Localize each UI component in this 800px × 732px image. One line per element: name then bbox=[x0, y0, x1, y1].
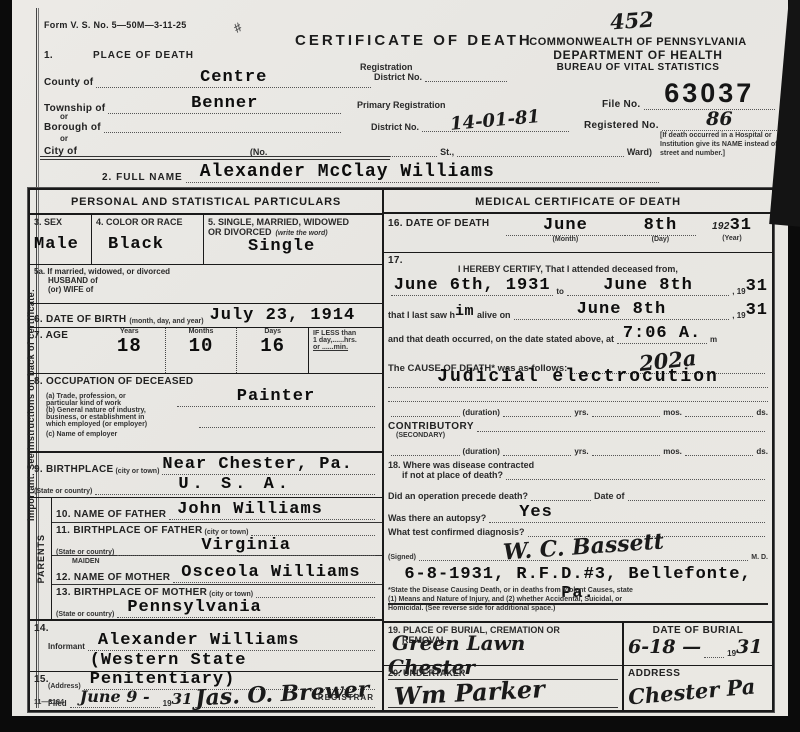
medical-certificate-column: MEDICAL CERTIFICATE OF DEATH 16. DATE OF… bbox=[384, 190, 772, 710]
lastsaw-label-b: alive on bbox=[477, 310, 511, 320]
burial-date-script: 6-18 — bbox=[628, 636, 701, 658]
borough-label: Borough of bbox=[44, 122, 101, 133]
informant-label: Informant bbox=[48, 642, 85, 651]
lastsaw-label-a: that I last saw h bbox=[388, 310, 455, 320]
parents-label-text: PARENTS bbox=[36, 534, 46, 583]
birthplace-state-value: U. S. A. bbox=[178, 475, 292, 494]
dod-year-prefix: 192 bbox=[712, 221, 730, 232]
dod-day-sub: (Day) bbox=[625, 236, 696, 243]
item18-line1: 18. Where was disease contracted bbox=[388, 460, 768, 470]
dod-label: 16. DATE OF DEATH bbox=[388, 216, 506, 250]
certify-line1: I HEREBY CERTIFY, That I attended deceas… bbox=[458, 264, 768, 274]
form-number: Form V. S. No. 5—50M—3-11-25 bbox=[44, 20, 187, 30]
father-value: John Williams bbox=[177, 500, 323, 519]
undertaker-signature: Wm Parker bbox=[393, 674, 545, 711]
dod-year: 19231 (Year) bbox=[696, 216, 768, 250]
certificate-paper: Important. See Instructions on back of c… bbox=[12, 0, 788, 716]
sex-label: 3. SEX bbox=[34, 217, 87, 227]
death-time-suffix: m bbox=[710, 335, 717, 344]
township-label: Township of bbox=[44, 103, 105, 114]
informant-value: Alexander Williams bbox=[98, 631, 300, 650]
place-of-death-label: PLACE OF DEATH bbox=[93, 50, 194, 61]
township-value: Benner bbox=[191, 94, 258, 113]
item5a-line3: (or) WIFE of bbox=[48, 285, 378, 294]
registrar-label: REGISTRAR bbox=[318, 693, 374, 702]
age-less-line2: 1 day,......hrs. bbox=[313, 337, 378, 344]
footnote-line2: (1) Means and Nature of Injury, and (2) … bbox=[388, 596, 768, 605]
age-row: 7. AGE Years 18 Months 10 Days 16 IF LES… bbox=[30, 327, 382, 373]
marital-field: 5. SINGLE, MARRIED, WIDOWED OR DIVORCED … bbox=[204, 215, 382, 264]
age-less-field: IF LESS than 1 day,......hrs. or ......m… bbox=[308, 328, 382, 373]
personal-particulars-column: PERSONAL AND STATISTICAL PARTICULARS 3. … bbox=[30, 190, 384, 710]
date-of-death-field: 16. DATE OF DEATH June (Month) 8th (Day)… bbox=[384, 214, 772, 253]
dob-value: July 23, 1914 bbox=[210, 306, 356, 325]
undertaker-address-field: ADDRESS Chester Pa bbox=[624, 666, 772, 710]
dod-year-value: 31 bbox=[730, 216, 752, 235]
age-less-line1: IF LESS than bbox=[313, 330, 378, 337]
form-footer-code: 11—3184 bbox=[34, 699, 64, 706]
certify-from-value: June 6th, 1931 bbox=[394, 276, 551, 295]
father-bp-state-label: (State or country) bbox=[56, 549, 114, 556]
color-race-label: 4. COLOR OR RACE bbox=[96, 217, 199, 227]
age-days-field: Days 16 bbox=[237, 328, 308, 373]
parents-block: PARENTS 10. NAME OF FATHER John Williams… bbox=[30, 497, 382, 619]
filed-year-script: 31 bbox=[172, 690, 193, 708]
dod-day-value: 8th bbox=[644, 216, 678, 235]
filed-date-script: June 9 - bbox=[80, 687, 150, 706]
full-name-row: 2. FULL NAME Alexander McClay Williams bbox=[102, 162, 662, 183]
primary-registration-label1: Primary Registration bbox=[357, 100, 572, 110]
agency-line3: BUREAU OF VITAL STATISTICS bbox=[492, 62, 784, 73]
file-no-field: File No. 63037 bbox=[602, 78, 778, 110]
file-no-value: 63037 bbox=[664, 78, 754, 108]
county-row: County of Centre bbox=[44, 68, 374, 88]
dod-year-sub: (Year) bbox=[696, 235, 768, 242]
autopsy-field: Was there an autopsy? Yes bbox=[384, 503, 772, 525]
occupation-b-label3: which employed (or employer) bbox=[46, 421, 196, 428]
handwritten-number: 452 bbox=[609, 7, 654, 35]
dob-label: 6. DATE OF BIRTH bbox=[34, 314, 126, 325]
ds2-label: ds. bbox=[756, 447, 768, 456]
undertaker-address-script: Chester Pa bbox=[627, 673, 756, 709]
informant-field: 14. Informant Alexander Williams (Addres… bbox=[30, 619, 382, 671]
pencil-mark: # bbox=[231, 19, 245, 36]
certify-year2: 31 bbox=[746, 301, 768, 320]
husband-wife-field: 5a. If married, widowed, or divorced HUS… bbox=[30, 264, 382, 302]
year-prefix2: , 19 bbox=[732, 311, 745, 320]
birthplace-state-label: (State or country) bbox=[34, 488, 92, 495]
operation-date-label: Date of bbox=[594, 491, 625, 501]
burial-row: 19. PLACE OF BURIAL, CREMATION OR REMOVA… bbox=[384, 621, 772, 665]
item5a-line2: HUSBAND of bbox=[48, 276, 378, 285]
registration-label2: District No. bbox=[374, 72, 422, 82]
mother-value: Osceola Williams bbox=[181, 563, 360, 582]
birthplace-sub: (city or town) bbox=[115, 468, 159, 475]
death-time-label: and that death occurred, on the date sta… bbox=[388, 334, 614, 344]
color-race-value: Black bbox=[108, 235, 199, 254]
primary-registration-field: Primary Registration District No. 14-01-… bbox=[357, 100, 572, 132]
margin-instructions: Important. See Instructions on back of c… bbox=[26, 170, 36, 640]
dod-month-sub: (Month) bbox=[506, 236, 625, 243]
autopsy-label: Was there an autopsy? bbox=[388, 513, 486, 523]
father-name-field: 10. NAME OF FATHER John Williams bbox=[52, 498, 382, 523]
footnote-line1: *State the Disease Causing Death, or in … bbox=[388, 587, 768, 596]
mother-name-field: MAIDEN 12. NAME OF MOTHER Osceola Willia… bbox=[52, 556, 382, 585]
age-months-value: 10 bbox=[166, 335, 237, 357]
filed-year-prefix: 19 bbox=[163, 699, 172, 708]
duration1-row: (duration) yrs. mos. ds. bbox=[384, 404, 772, 419]
duration2-label: (duration) bbox=[463, 447, 500, 456]
age-months-label: Months bbox=[166, 328, 237, 335]
marital-label1: 5. SINGLE, MARRIED, WIDOWED bbox=[208, 217, 378, 227]
mother-bp-state-label: (State or country) bbox=[56, 611, 114, 618]
double-rule bbox=[40, 156, 390, 160]
father-label: 10. NAME OF FATHER bbox=[56, 509, 166, 520]
marital-label3: (write the word) bbox=[276, 230, 328, 237]
dod-month: June (Month) bbox=[506, 216, 625, 250]
father-birthplace-field: 11. BIRTHPLACE OF FATHER (city or town) … bbox=[52, 523, 382, 556]
burial-year-prefix: 19 bbox=[727, 649, 736, 658]
color-race-field: 4. COLOR OR RACE Black bbox=[92, 215, 204, 264]
mother-bp-label: 13. BIRTHPLACE OF MOTHER bbox=[56, 587, 207, 598]
registration-district-field: Registration District No. bbox=[360, 62, 510, 82]
operation-label: Did an operation precede death? bbox=[388, 491, 528, 501]
contributory-label: CONTRIBUTORY bbox=[388, 421, 474, 432]
sex-field: 3. SEX Male bbox=[30, 215, 92, 264]
age-days-value: 16 bbox=[237, 335, 308, 357]
year-prefix1: , 19 bbox=[732, 287, 745, 296]
agency-line2: DEPARTMENT OF HEALTH bbox=[492, 48, 784, 62]
section1-number: 1. bbox=[44, 50, 53, 61]
burial-year-script: 31 bbox=[736, 636, 762, 658]
father-bp-state-value: Virginia bbox=[201, 536, 291, 555]
death-time-value: 7:06 A. bbox=[623, 324, 701, 343]
city-st-label: St., bbox=[440, 147, 454, 157]
age-years-value: 18 bbox=[94, 335, 165, 357]
signed-label: (Signed) bbox=[388, 554, 416, 561]
or-label-1: or bbox=[60, 112, 68, 121]
main-box: PERSONAL AND STATISTICAL PARTICULARS 3. … bbox=[28, 188, 774, 712]
registered-no-value: 86 bbox=[706, 108, 732, 130]
occupation-a-label2: particular kind of work bbox=[46, 400, 174, 407]
borough-row: Borough of bbox=[44, 122, 344, 133]
personal-header: PERSONAL AND STATISTICAL PARTICULARS bbox=[30, 190, 382, 215]
dod-month-value: June bbox=[543, 216, 588, 235]
father-bp-label: 11. BIRTHPLACE OF FATHER bbox=[56, 525, 202, 536]
burial-date-label: DATE OF BURIAL bbox=[628, 625, 768, 636]
township-row: Township of Benner bbox=[44, 94, 344, 114]
birthplace-value: Near Chester, Pa. bbox=[162, 455, 352, 474]
father-bp-sub: (city or town) bbox=[204, 529, 248, 536]
certify-to-label: to bbox=[556, 287, 564, 296]
mother-birthplace-field: 13. BIRTHPLACE OF MOTHER (city or town) … bbox=[52, 585, 382, 620]
agency-block: COMMONWEALTH OF PENNSYLVANIA DEPARTMENT … bbox=[492, 36, 784, 73]
dob-field: 6. DATE OF BIRTH (month, day, and year) … bbox=[30, 303, 382, 328]
occupation-b-label2: business, or establishment in bbox=[46, 414, 196, 421]
or-label-2: or bbox=[60, 134, 68, 143]
county-label: County of bbox=[44, 77, 93, 88]
undertaker-row: 20. UNDERTAKER Wm Parker ADDRESS Chester… bbox=[384, 665, 772, 710]
birthplace-label: 9. BIRTHPLACE bbox=[34, 464, 113, 475]
footnote-line3: Homicidal. (See reverse side for additio… bbox=[388, 605, 768, 614]
mos1-label: mos. bbox=[663, 408, 682, 417]
item18-line2: if not at place of death? bbox=[402, 470, 503, 480]
full-name-label: 2. FULL NAME bbox=[102, 172, 183, 183]
city-ward-label: Ward) bbox=[627, 147, 652, 157]
disease-contracted-field: 18. Where was disease contracted if not … bbox=[384, 458, 772, 483]
sex-color-marital-row: 3. SEX Male 4. COLOR OR RACE Black 5. SI… bbox=[30, 215, 382, 264]
lastsaw-value: June 8th bbox=[577, 300, 667, 319]
marital-label2: OR DIVORCED bbox=[208, 227, 272, 237]
birthplace-field: 9. BIRTHPLACE (city or town) Near Cheste… bbox=[30, 451, 382, 497]
occupation-c-label: (c) Name of employer bbox=[46, 431, 378, 438]
registered-no-label: Registered No. bbox=[584, 120, 659, 131]
autopsy-value: Yes bbox=[519, 503, 553, 522]
mother-label: 12. NAME OF MOTHER bbox=[56, 572, 170, 583]
margin-instructions-text: Important. See Instructions on back of c… bbox=[26, 289, 36, 521]
physician-signature: W. C. Bassett bbox=[502, 529, 664, 566]
yrs2-label: yrs. bbox=[574, 447, 588, 456]
occupation-a-label1: (a) Trade, profession, or bbox=[46, 393, 174, 400]
county-value: Centre bbox=[200, 68, 267, 87]
burial-date-field: DATE OF BURIAL 6-18 — 19 31 bbox=[624, 623, 772, 665]
section1-header: 1. PLACE OF DEATH bbox=[44, 50, 264, 61]
burial-place-field: 19. PLACE OF BURIAL, CREMATION OR REMOVA… bbox=[384, 623, 624, 665]
hospital-note: [If death occurred in a Hospital or Inst… bbox=[660, 132, 782, 158]
contributory-sub: (SECONDARY) bbox=[396, 432, 768, 439]
age-less-line3: or ......min. bbox=[313, 344, 378, 351]
registration-label1: Registration bbox=[360, 62, 510, 72]
undertaker-field: 20. UNDERTAKER Wm Parker bbox=[384, 666, 624, 710]
operation-field: Did an operation precede death? Date of bbox=[384, 483, 772, 503]
occupation-label: 8. OCCUPATION OF DECEASED bbox=[34, 376, 378, 387]
filed-field: 15. Filed June 9 - 19 31 Jas. O. Brewer … bbox=[30, 671, 382, 710]
full-name-value: Alexander McClay Williams bbox=[200, 162, 495, 182]
marital-value: Single bbox=[248, 237, 378, 256]
dod-day: 8th (Day) bbox=[625, 216, 696, 250]
occupation-a-value: Painter bbox=[237, 387, 315, 406]
age-label: 7. AGE bbox=[30, 328, 94, 373]
dob-sub: (month, day, and year) bbox=[129, 318, 203, 325]
blank-dotted-line bbox=[384, 390, 772, 404]
primary-registration-value: 14-01-81 bbox=[450, 106, 542, 135]
agency-line1: COMMONWEALTH OF PENNSYLVANIA bbox=[492, 36, 784, 48]
occupation-b-label1: (b) General nature of industry, bbox=[46, 407, 196, 414]
item5a-line1: 5a. If married, widowed, or divorced bbox=[34, 267, 378, 276]
contributory-field: CONTRIBUTORY (SECONDARY) bbox=[384, 419, 772, 442]
footnote-block: *State the Disease Causing Death, or in … bbox=[384, 585, 772, 621]
yrs1-label: yrs. bbox=[574, 408, 588, 417]
age-months-field: Months 10 bbox=[166, 328, 238, 373]
certify-to-value: June 8th bbox=[603, 276, 693, 295]
mother-bp-state-value: Pennsylvania bbox=[127, 598, 261, 617]
duration1-label: (duration) bbox=[463, 408, 500, 417]
signed-field: (Signed) W. C. Bassett M. D. bbox=[384, 539, 772, 563]
registered-no-field: Registered No. 86 bbox=[584, 108, 780, 131]
duration2-row: (duration) yrs. mos. ds. bbox=[384, 443, 772, 458]
mother-bp-sub: (city or town) bbox=[209, 591, 253, 598]
ds1-label: ds. bbox=[756, 408, 768, 417]
age-years-field: Years 18 bbox=[94, 328, 166, 373]
medical-header: MEDICAL CERTIFICATE OF DEATH bbox=[384, 190, 772, 214]
age-years-label: Years bbox=[94, 328, 165, 335]
cause-value-row: Judicial electrocution bbox=[384, 365, 772, 390]
certify-block: 17. I HEREBY CERTIFY, That I attended de… bbox=[384, 253, 772, 365]
md-label: M. D. bbox=[751, 554, 768, 561]
sex-value: Male bbox=[34, 235, 87, 254]
mos2-label: mos. bbox=[663, 447, 682, 456]
occupation-field: 8. OCCUPATION OF DECEASED (a) Trade, pro… bbox=[30, 373, 382, 451]
primary-registration-label2: District No. bbox=[371, 122, 419, 132]
certify-year1: 31 bbox=[746, 277, 768, 296]
age-days-label: Days bbox=[237, 328, 308, 335]
lastsaw-him: im bbox=[455, 303, 474, 320]
signed-address-row: 6-8-1931, R.F.D.#3, Bellefonte, Pa. bbox=[384, 563, 772, 585]
